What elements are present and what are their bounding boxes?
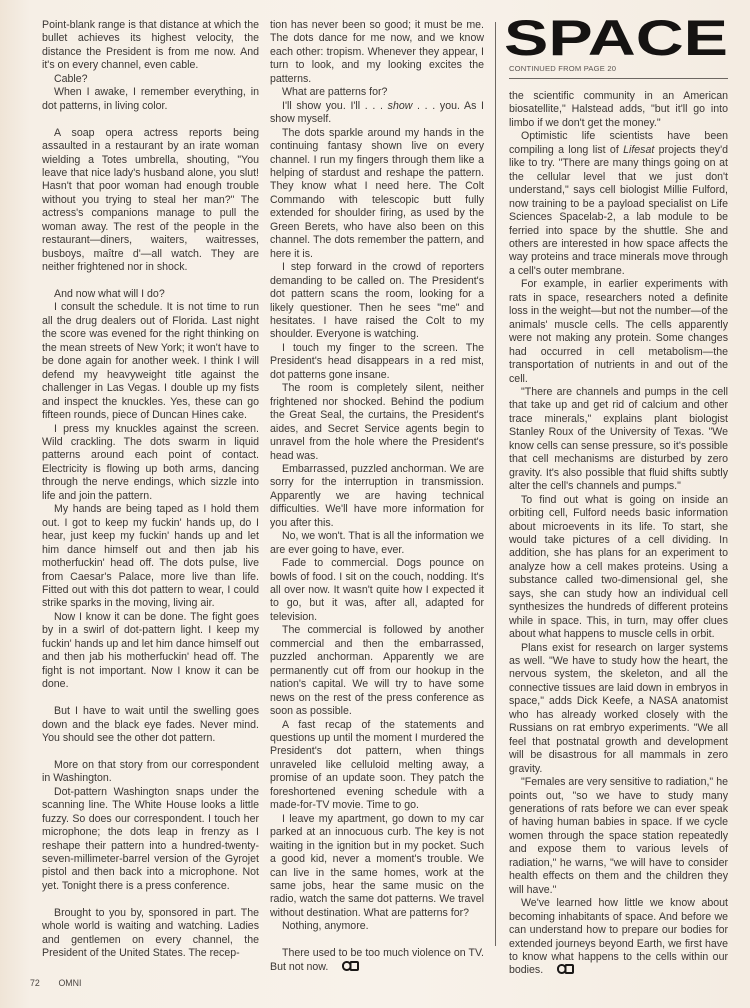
paragraph: No, we won't. That is all the informatio…	[270, 530, 484, 557]
emphasis-text: Lifesat	[623, 144, 654, 156]
paragraph: I step forward in the crowd of reporters…	[270, 261, 484, 342]
paragraph: I'll show you. I'll . . . show . . . you…	[270, 100, 484, 127]
paragraph: For example, in earlier experiments with…	[509, 278, 728, 386]
paragraph: Plans exist for research on larger syste…	[509, 642, 728, 777]
emphasis-text: show	[388, 100, 413, 112]
paragraph: The commercial is followed by another co…	[270, 624, 484, 718]
paragraph: The dots sparkle around my hands in the …	[270, 127, 484, 262]
paragraph: Dot-pattern Washington snaps under the s…	[42, 786, 259, 894]
svg-text:SPACE: SPACE	[504, 16, 728, 60]
paragraph: the scientific community in an American …	[509, 90, 728, 130]
paragraph: I touch my finger to the screen. The Pre…	[270, 342, 484, 382]
paragraph: "Females are very sensitive to radiation…	[509, 776, 728, 897]
omni-end-mark-icon	[545, 964, 574, 978]
paragraph: Brought to you by, sponsored in part. Th…	[42, 907, 259, 961]
column-middle: tion has never been so good; it must be …	[270, 19, 484, 975]
column-right: the scientific community in an American …	[509, 90, 728, 979]
paragraph: But I have to wait until the swelling go…	[42, 705, 259, 745]
paragraph: Embarrassed, puzzled anchorman. We are s…	[270, 463, 484, 530]
paragraph: And now what will I do?	[42, 288, 259, 301]
paragraph: There used to be too much violence on TV…	[270, 947, 484, 975]
text-run: We've learned how little we know about b…	[509, 897, 728, 976]
text-run: There used to be too much violence on TV…	[270, 947, 484, 972]
publication-name: OMNI	[58, 978, 81, 988]
text-run: projects they'd like to try. "There are …	[509, 144, 728, 277]
page-footer: 72 OMNI	[30, 978, 81, 988]
paragraph: The room is completely silent, neither f…	[270, 382, 484, 463]
paragraph: More on that story from our corresponden…	[42, 759, 259, 786]
paragraph: Cable?	[42, 73, 259, 86]
paragraph: Point-blank range is that distance at wh…	[42, 19, 259, 73]
paragraph: tion has never been so good; it must be …	[270, 19, 484, 86]
paragraph: Optimistic life scientists have been com…	[509, 130, 728, 278]
paragraph: I leave my apartment, go down to my car …	[270, 813, 484, 921]
paragraph: I consult the schedule. It is not time t…	[42, 301, 259, 422]
paragraph: When I awake, I remember everything, in …	[42, 86, 259, 113]
paragraph: "There are channels and pumps in the cel…	[509, 386, 728, 494]
paragraph: A soap opera actress reports being assau…	[42, 127, 259, 275]
paragraph: Fade to commercial. Dogs pounce on bowls…	[270, 557, 484, 624]
space-logo: SPACE	[504, 16, 730, 60]
paragraph: What are patterns for?	[270, 86, 484, 99]
paragraph: I press my knuckles against the screen. …	[42, 423, 259, 504]
section-title-space: SPACE	[504, 16, 730, 60]
paragraph: Now I know it can be done. The fight goe…	[42, 611, 259, 692]
header-rule	[509, 78, 728, 79]
continued-from-label: CONTINUED FROM PAGE 20	[509, 64, 616, 73]
paragraph: Nothing, anymore.	[270, 920, 484, 933]
omni-end-mark-icon	[330, 961, 359, 975]
magazine-page: Point-blank range is that distance at wh…	[0, 0, 750, 1008]
text-run: I'll show you. I'll . . .	[282, 100, 388, 112]
paragraph: A fast recap of the statements and quest…	[270, 719, 484, 813]
column-divider	[495, 22, 496, 946]
paragraph: We've learned how little we know about b…	[509, 897, 728, 979]
page-number: 72	[30, 978, 56, 988]
paragraph: To find out what is going on inside an o…	[509, 494, 728, 642]
paragraph: My hands are being taped as I hold them …	[42, 503, 259, 611]
column-left: Point-blank range is that distance at wh…	[42, 19, 259, 961]
